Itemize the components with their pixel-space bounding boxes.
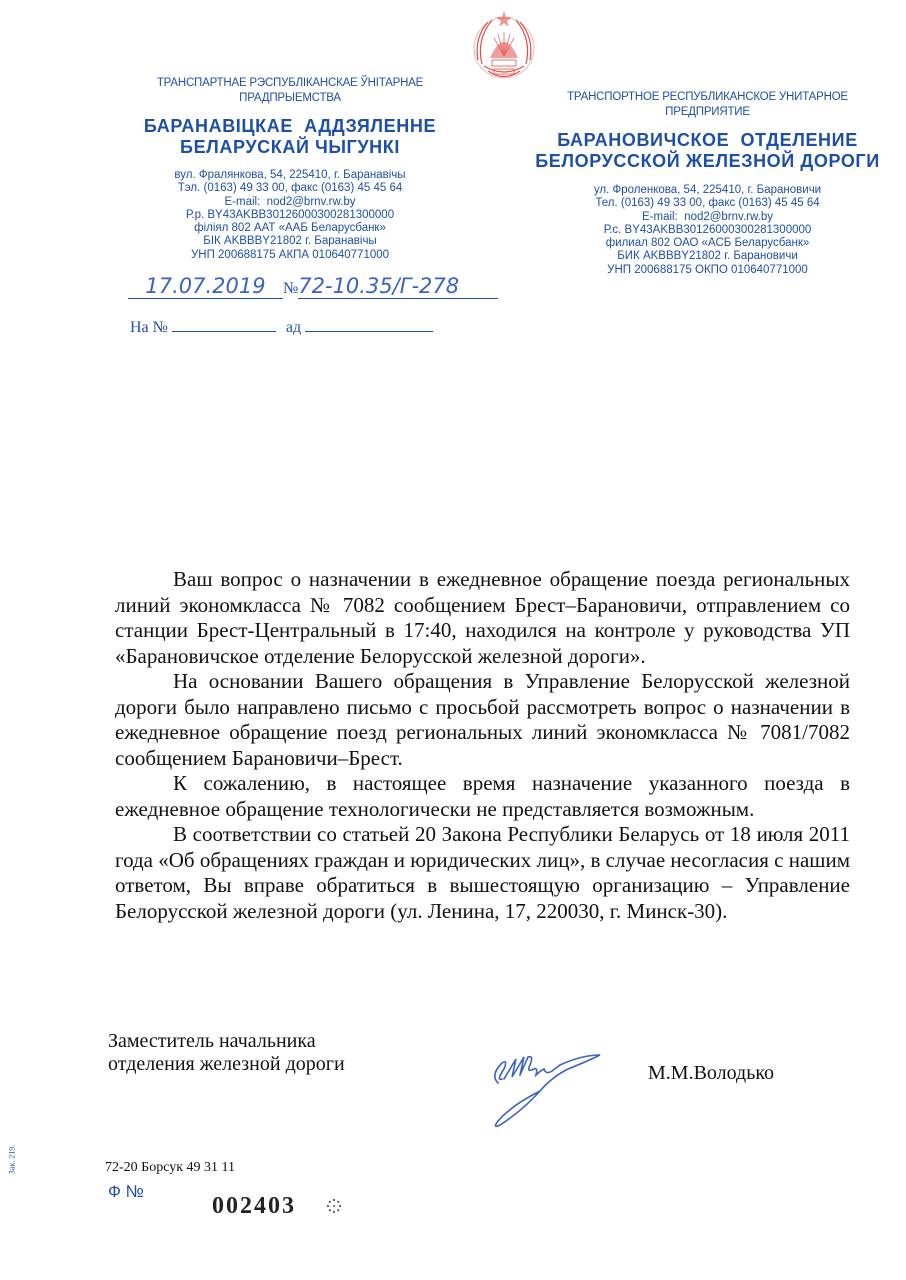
bic-line: БІК AKBBBY21802 г. Баранавічы	[140, 235, 440, 248]
handwritten-date: 17.07.2019	[145, 274, 265, 298]
body-paragraph: Ваш вопрос о назначении в ежедневное обр…	[115, 567, 850, 669]
org-type-line1: ТРАНСПОРТНОЕ РЕСПУБЛИКАНСКОЕ УНИТАРНОЕ	[535, 90, 880, 105]
reply-to-label: На №	[130, 319, 168, 336]
phone-line: Тел. (0163) 49 33 00, факс (0163) 45 45 …	[535, 197, 880, 210]
outgoing-reference: 17.07.2019 № 72-10.35/Г-278	[128, 274, 508, 299]
org-type-line2: ПРАДПРЫЕМСТВА	[140, 91, 440, 106]
signatory-title-line2: отделения железной дороги	[108, 1053, 345, 1076]
reply-reference: На № ад	[130, 315, 433, 337]
body-paragraph: К сожалению, в настоящее время назначени…	[115, 771, 850, 822]
signatory-title: Заместитель начальника отделения железно…	[108, 1030, 345, 1076]
address-line: ул. Фроленкова, 54, 225410, г. Баранович…	[535, 184, 880, 197]
executor-info: 72-20 Борсук 49 31 11	[105, 1160, 235, 1176]
org-type-line2: ПРЕДПРИЯТИЕ	[535, 105, 880, 120]
rosette-mark-icon	[326, 1198, 342, 1214]
form-number: 002403	[212, 1193, 296, 1220]
org-name-line2: БЕЛАРУСКАЙ ЧЫГУНКІ	[140, 137, 440, 158]
body-paragraph: В соответствии со статьей 20 Закона Респ…	[115, 822, 850, 924]
bic-line: БИК AKBBBY21802 г. Барановичи	[535, 250, 880, 263]
body-paragraph: На основании Вашего обращения в Управлен…	[115, 669, 850, 771]
email-line: E-mail: nod2@brnv.rw.by	[535, 211, 880, 224]
signatory-title-line1: Заместитель начальника	[108, 1030, 345, 1053]
org-name-line1: БАРАНАВІЦКАЕ АДДЗЯЛЕННЕ	[140, 116, 440, 137]
email-line: E-mail: nod2@brnv.rw.by	[140, 196, 440, 209]
reply-number-field	[172, 315, 276, 332]
reply-date-field	[305, 315, 433, 332]
org-type-line1: ТРАНСПАРТНАЕ РЭСПУБЛІКАНСКАЕ ЎНІТАРНАЕ	[140, 76, 440, 91]
phone-line: Тэл. (0163) 49 33 00, факс (0163) 45 45 …	[140, 182, 440, 195]
org-name-line1: БАРАНОВИЧСКОЕ ОТДЕЛЕНИЕ	[535, 130, 880, 151]
bank-line: филиал 802 ОАО «АСБ Беларусбанк»	[535, 237, 880, 250]
account-line: Р.с. BY43AKBB30126000300281300000	[535, 224, 880, 237]
number-sign: №	[283, 280, 298, 297]
letterhead-left: ТРАНСПАРТНАЕ РЭСПУБЛІКАНСКАЕ ЎНІТАРНАЕ П…	[140, 76, 440, 262]
reply-from-label: ад	[286, 319, 301, 336]
bank-line: філіял 802 ААТ «ААБ Беларусбанк»	[140, 222, 440, 235]
unp-line: УНП 200688175 ОКПО 010640771000	[535, 264, 880, 277]
unp-line: УНП 200688175 АКПА 010640771000	[140, 249, 440, 262]
letterhead-right: ТРАНСПОРТНОЕ РЕСПУБЛИКАНСКОЕ УНИТАРНОЕ П…	[535, 90, 880, 277]
org-name-line2: БЕЛОРУССКОЙ ЖЕЛЕЗНОЙ ДОРОГИ	[535, 151, 880, 172]
state-emblem-icon	[464, 8, 544, 84]
letter-body: Ваш вопрос о назначении в ежедневное обр…	[115, 567, 850, 924]
address-line: вул. Фралянкова, 54, 225410, г. Баранаві…	[140, 169, 440, 182]
handwritten-number: 72-10.35/Г-278	[298, 274, 459, 298]
account-line: Р.р. BY43AKBB30126000300281300000	[140, 209, 440, 222]
form-number-label: Ф №	[108, 1182, 144, 1202]
signatory-name: М.М.Володько	[648, 1062, 774, 1085]
print-order-mark: Зак. 219.	[8, 1140, 17, 1180]
handwritten-signature-icon	[482, 1045, 612, 1130]
